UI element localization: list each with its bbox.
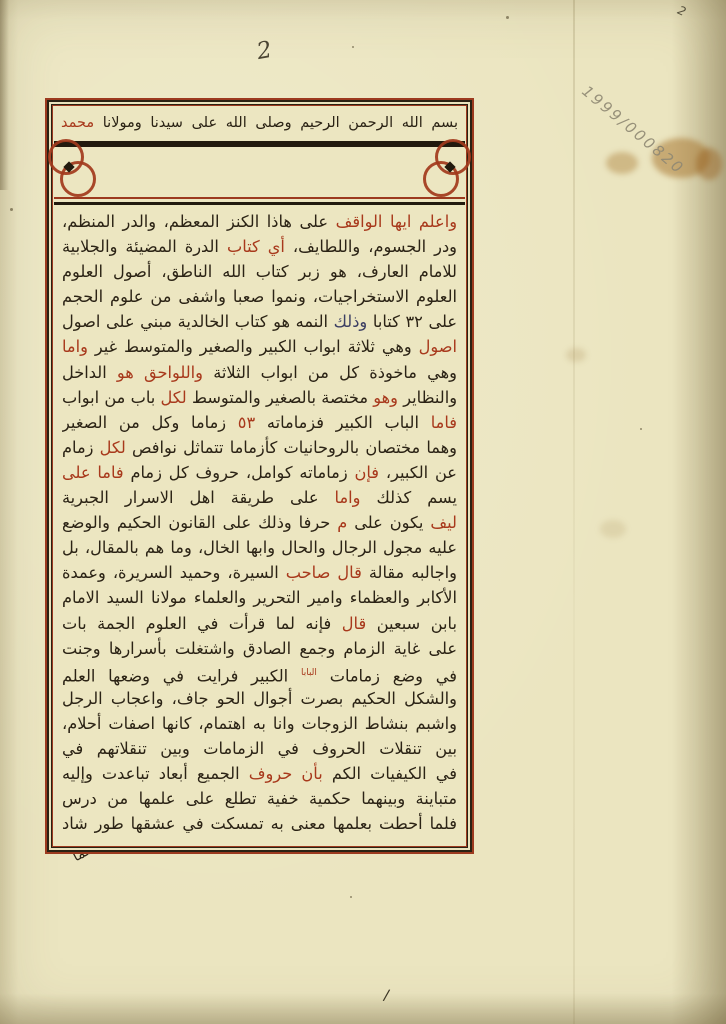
ink-segment: واجالبه مقالة (369, 563, 457, 582)
ink-segment: وهي ماخوذة كل من ابواب الثلاثة (213, 363, 457, 382)
ink-segment: قال صاحب (286, 563, 362, 582)
ink-segment: ودر الجسوم، واللطايف، (293, 237, 457, 256)
page-crease (573, 0, 575, 1024)
ink-segment: واشبم بنشاط الزوجات وانا به اهتمام، كانه… (62, 714, 457, 736)
ink-segment: أي كتاب (227, 237, 285, 256)
ink-segment: عن الكبير، (386, 463, 457, 482)
ink-segment: وهما مختصان بالروحانيات كأزماما تتماثل ن… (132, 438, 457, 457)
stain-mark (600, 520, 626, 538)
manuscript-page: 2 1999/000820 2 فلما / بسم الله الرحمن ا… (0, 0, 726, 1024)
manuscript-text-line: متباينة وبينهما حكمية خفية تطلع على علمه… (62, 786, 457, 811)
ornament-band (54, 147, 465, 205)
interlaced-rings-ornament-left (50, 139, 102, 205)
ink-segment: فاما على (62, 463, 124, 482)
manuscript-text-line: للامام العارف، هو زبر كتاب الله الناطق، … (62, 259, 457, 284)
manuscript-text-line: الأكابر والعظماء وامير التحرير والعلماء … (62, 585, 457, 610)
manuscript-text-line: يسم كذلك واما على طريقة اهل الاسرار الجب… (62, 485, 457, 510)
manuscript-text-line: على غاية الزمام وجمع الصادق واشتغلت بأسر… (62, 636, 457, 661)
manuscript-text-line: اصول وهي ثلاثة ابواب الكبير والصغير والم… (62, 334, 457, 359)
interlaced-rings-ornament-right (417, 139, 469, 205)
ink-segment: الباب الكبير فزماماته (267, 413, 419, 432)
folio-number: 2 (255, 37, 274, 65)
ink-segment: على غاية الزمام وجمع الصادق واشتغلت بأسر… (62, 639, 457, 661)
ink-segment: وهي ثلاثة ابواب الكبير والصغير والمتوسط … (95, 337, 412, 356)
red-rule (54, 197, 465, 199)
ink-segment: عليه مجول الرجال والحال وابها الخال، وما… (62, 538, 457, 560)
manuscript-text-line: بين تنقلات الحروف في الزمامات وبين تنقلا… (62, 736, 457, 761)
stain-mark (606, 152, 638, 174)
ink-segment: بين تنقلات الحروف في الزمامات وبين تنقلا… (62, 739, 457, 761)
ink-segment: م (337, 513, 347, 532)
ink-segment: لكل (161, 388, 187, 407)
manuscript-text-line: على ٣٢ كتابا وذلك النمه هو كتاب الخالدية… (62, 309, 457, 334)
ink-speck (506, 16, 509, 19)
manuscript-text-line: واشبم بنشاط الزوجات وانا به اهتمام، كانه… (62, 711, 457, 736)
ink-segment: قال (342, 614, 366, 633)
corner-mark: 2 (675, 3, 688, 19)
manuscript-text-line: عليه مجول الرجال والحال وابها الخال، وما… (62, 535, 457, 560)
stain-mark (696, 148, 722, 180)
manuscript-text-line: فلما أحطت بعلمها معنى به تمسكت في عشقها … (62, 811, 457, 836)
ink-segment: والنظاير (403, 388, 457, 407)
manuscript-text-line: واعلم ايها الواقف على هاذا الكنز المعظم،… (62, 209, 457, 234)
ink-speck (640, 428, 642, 430)
manuscript-text-line: والنظاير وهو مختصة بالصغير والمتوسط لكل … (62, 385, 457, 410)
ink-segment: واللواحق هو (117, 363, 203, 382)
ink-segment: وهو (373, 388, 398, 407)
ink-segment: على ٣٢ كتابا (373, 312, 457, 331)
ink-segment: اصول (419, 337, 457, 356)
ink-segment: فلما أحطت بعلمها معنى به تمسكت في عشقها … (62, 814, 457, 836)
ink-segment: يكون على (354, 513, 423, 532)
manuscript-text-line: واجالبه مقالة قال صاحب السيرة، وحميد الس… (62, 560, 457, 585)
ink-segment: العلوم الاستخراجيات، ونموا صعبا واشفى من… (62, 287, 457, 309)
manuscript-text-line: في وضع زمامات البابا الكبير فرايت في وضع… (62, 661, 457, 686)
manuscript-text-line: ليف يكون على م حرفا وذلك على القانون الح… (62, 510, 457, 535)
ink-segment: لكل (100, 438, 126, 457)
ink-segment: في وضع زمامات (330, 666, 457, 685)
ink-segment: بأن حروف (249, 764, 323, 783)
ink-segment: والشكل الحكيم بصرت أجوال الحو جاف، واعجا… (62, 689, 457, 711)
text-frame: بسم الله الرحمن الرحيم وصلى الله على سيد… (47, 100, 472, 852)
manuscript-text-line: فاما الباب الكبير فزماماته ٥٣ زماما وكل … (62, 410, 457, 435)
ink-segment: البابا (301, 668, 317, 678)
bottom-ink-mark: / (382, 986, 391, 1005)
manuscript-text-line: والشكل الحكيم بصرت أجوال الحو جاف، واعجا… (62, 686, 457, 711)
manuscript-text-line: وهي ماخوذة كل من ابواب الثلاثة واللواحق … (62, 360, 457, 385)
ink-segment: محمد (61, 115, 94, 131)
manuscript-text-block: واعلم ايها الواقف على هاذا الكنز المعظم،… (54, 205, 465, 845)
ink-segment: في الكيفيات الكم (332, 764, 457, 783)
ink-segment: الأكابر والعظماء وامير التحرير والعلماء … (62, 588, 457, 607)
manuscript-text-line: عن الكبير، فإن زماماته كوامل، حروف كل زم… (62, 460, 457, 485)
ink-segment: متباينة وبينهما حكمية خفية تطلع على علمه… (62, 789, 457, 811)
manuscript-text-line: ودر الجسوم، واللطايف، أي كتاب الدرة المض… (62, 234, 457, 259)
stain-mark (566, 348, 586, 362)
ink-segment: فاما (431, 413, 457, 432)
gutter-shadow (0, 0, 9, 190)
ink-segment: بسم الله الرحمن الرحيم وصلى الله على سيد… (103, 115, 458, 131)
ink-segment: زماماته كوامل، حروف كل زمام (130, 463, 347, 482)
ink-speck (352, 46, 354, 48)
ink-speck (350, 896, 352, 898)
ink-speck (10, 208, 13, 211)
ink-segment: مختصة بالصغير والمتوسط (192, 388, 368, 407)
manuscript-text-line: بابن سبعين قال فإنه لما قرأت في العلوم ا… (62, 611, 457, 636)
manuscript-text-line: وهما مختصان بالروحانيات كأزماما تتماثل ن… (62, 435, 457, 460)
basmala-header: بسم الله الرحمن الرحيم وصلى الله على سيد… (54, 107, 465, 147)
ink-segment: فإن (354, 463, 379, 482)
ink-segment: بابن سبعين (377, 614, 457, 633)
manuscript-text-line: العلوم الاستخراجيات، ونموا صعبا واشفى من… (62, 284, 457, 309)
ink-segment: وذلك (334, 312, 368, 331)
ink-segment: للامام العارف، هو زبر كتاب الله الناطق، … (62, 262, 457, 284)
ink-segment: يسم كذلك (376, 488, 457, 507)
ink-segment: ٥٣ (238, 413, 255, 432)
frame-inner: بسم الله الرحمن الرحيم وصلى الله على سيد… (54, 107, 465, 845)
ink-segment: ليف (430, 513, 457, 532)
ink-segment: واما (335, 488, 361, 507)
ink-segment: زمام (62, 438, 93, 457)
manuscript-text-line: في الكيفيات الكم بأن حروف الجميع أبعاد ت… (62, 761, 457, 786)
ink-segment: واعلم ايها الواقف (336, 212, 457, 231)
